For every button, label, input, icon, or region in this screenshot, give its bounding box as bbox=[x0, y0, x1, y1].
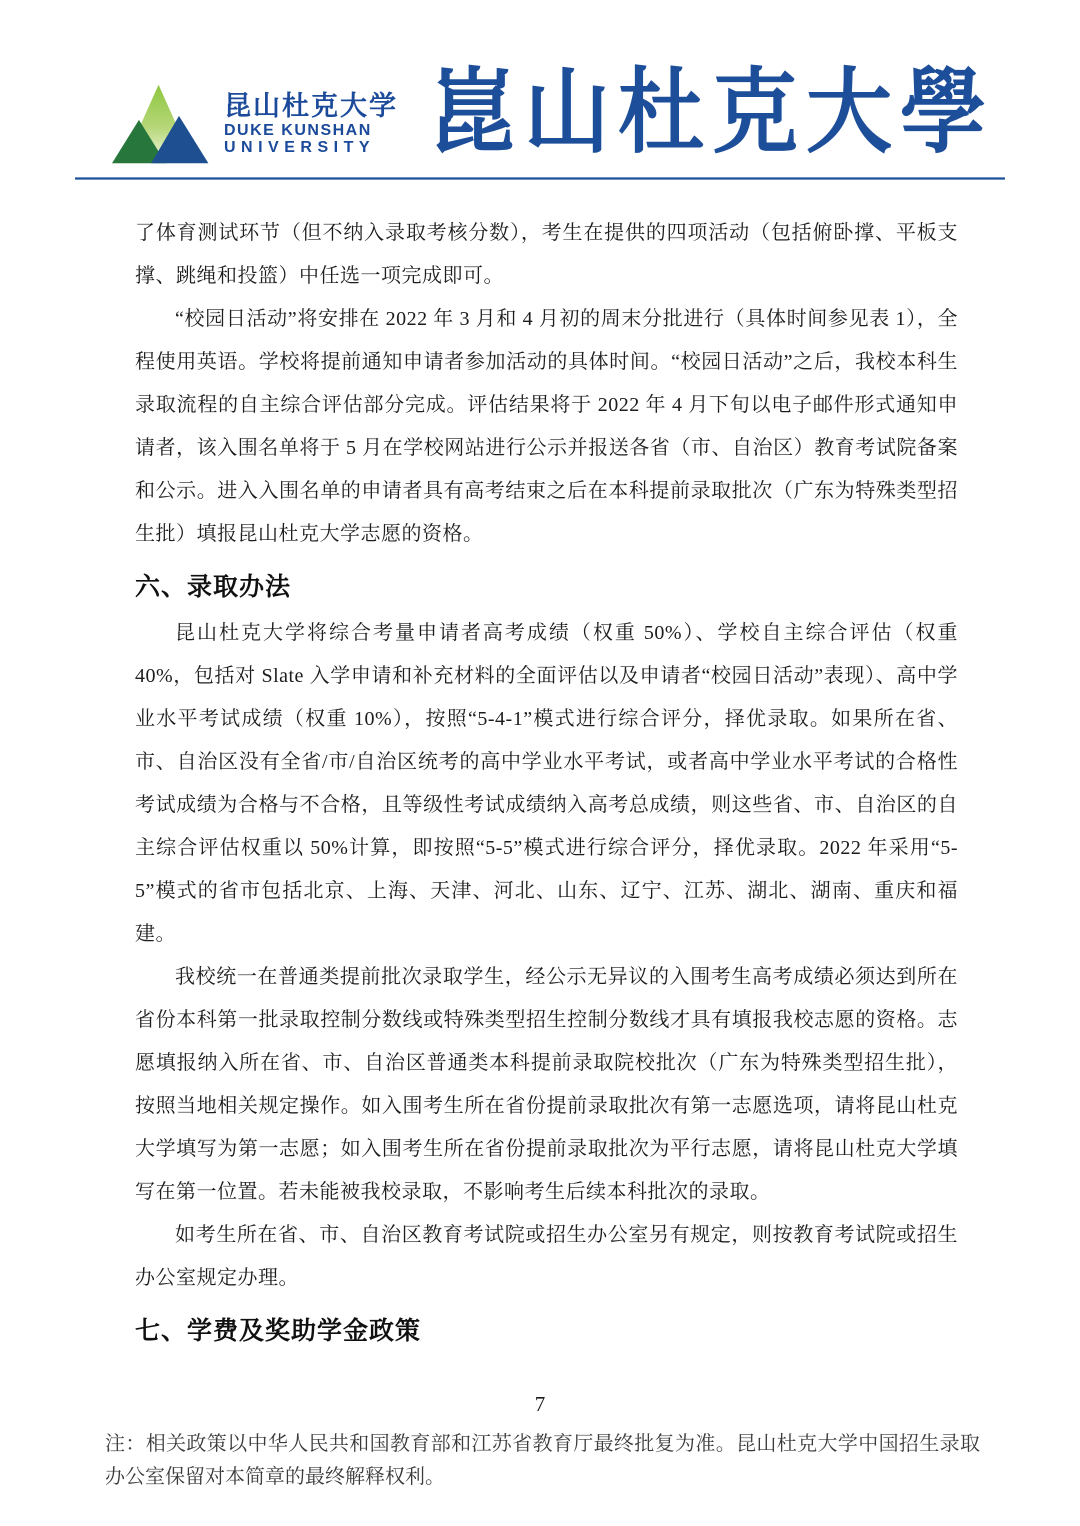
logo-wordmark: 昆山杜克大学 DUKE KUNSHAN UNIVERSITY bbox=[224, 92, 398, 157]
section-heading: 七、学费及奖助学金政策 bbox=[135, 1312, 958, 1352]
document-body: 了体育测试环节（但不纳入录取考核分数），考生在提供的四项活动（包括俯卧撑、平板支… bbox=[0, 0, 1080, 1352]
body-paragraph: “校园日活动”将安排在 2022 年 3 月和 4 月初的周末分批进行（具体时间… bbox=[135, 298, 958, 556]
body-paragraph: 如考生所在省、市、自治区教育考试院或招生办公室另有规定，则按教育考试院或招生办公… bbox=[135, 1214, 958, 1300]
body-paragraph: 我校统一在普通类提前批次录取学生，经公示无异议的入围考生高考成绩必须达到所在省份… bbox=[135, 956, 958, 1214]
page-number: 7 bbox=[0, 1392, 1080, 1417]
logo-cn-name: 昆山杜克大学 bbox=[224, 92, 398, 120]
footnote: 注：相关政策以中华人民共和国教育部和江苏省教育厅最终批复为准。昆山杜克大学中国招… bbox=[105, 1428, 980, 1494]
document-page: 昆山杜克大学 DUKE KUNSHAN UNIVERSITY 崑山杜克大學 了体… bbox=[0, 0, 1080, 1526]
body-paragraph: 了体育测试环节（但不纳入录取考核分数），考生在提供的四项活动（包括俯卧撑、平板支… bbox=[135, 212, 958, 298]
section-heading: 六、录取办法 bbox=[135, 568, 958, 608]
header-divider-line bbox=[75, 177, 1005, 180]
logo-mountain-icon bbox=[112, 82, 210, 166]
body-paragraph: 昆山杜克大学将综合考量申请者高考成绩（权重 50%）、学校自主综合评估（权重 4… bbox=[135, 612, 958, 956]
logo-en-name-line2: UNIVERSITY bbox=[224, 140, 398, 157]
calligraphy-title: 崑山杜克大學 bbox=[430, 37, 994, 171]
logo-en-name-line1: DUKE KUNSHAN bbox=[224, 123, 398, 140]
university-logo: 昆山杜克大学 DUKE KUNSHAN UNIVERSITY bbox=[112, 82, 398, 166]
